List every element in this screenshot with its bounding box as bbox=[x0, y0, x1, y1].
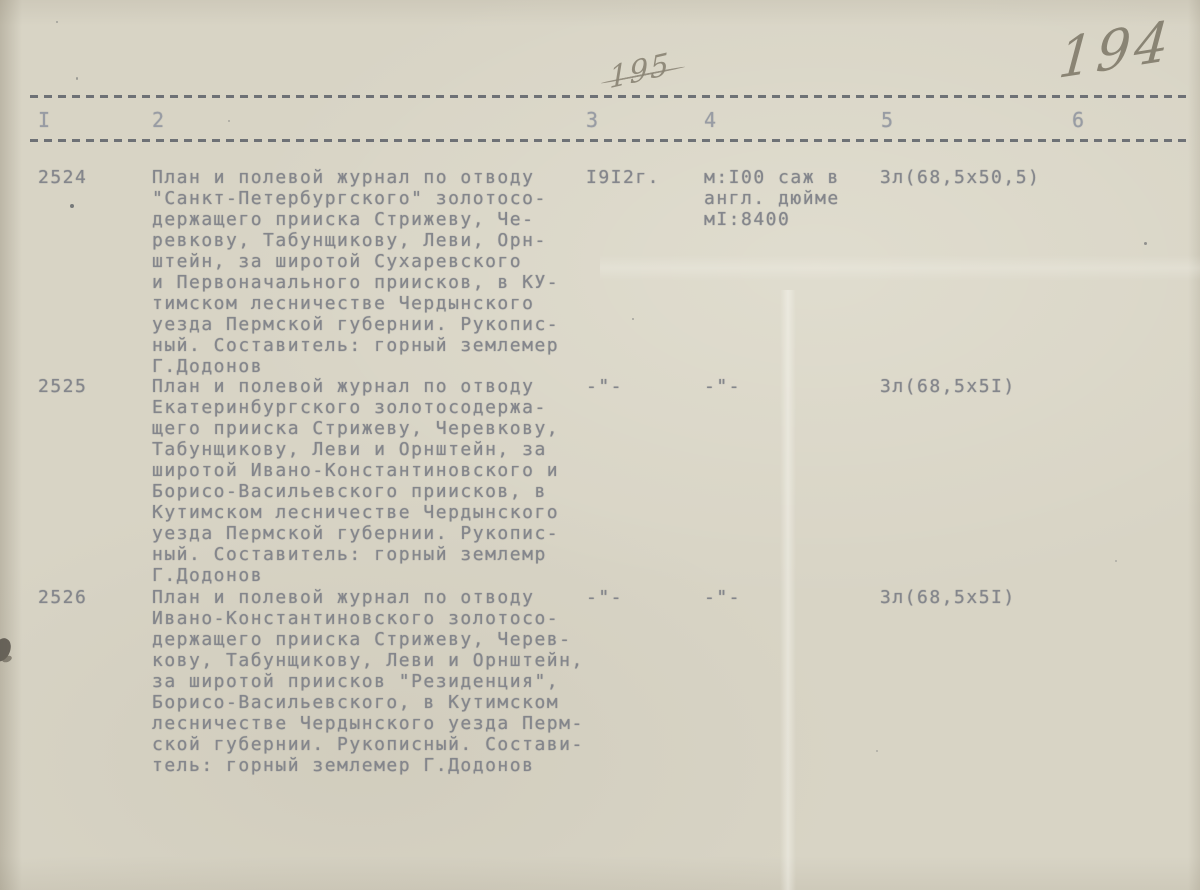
column-header-3: 3 bbox=[586, 108, 599, 132]
paper-speck bbox=[330, 470, 332, 472]
paper-speck bbox=[876, 750, 878, 752]
entry-description: План и полевой журнал по отводу Екатерин… bbox=[152, 376, 592, 586]
paper-speck bbox=[70, 204, 74, 208]
crossed-out-page-number: 195 bbox=[609, 43, 688, 97]
paper-speck bbox=[1115, 560, 1117, 562]
column-header-6: 6 bbox=[1072, 108, 1085, 132]
handwritten-page-number: 194 bbox=[1056, 8, 1180, 91]
entry-date: I9I2г. bbox=[586, 167, 698, 188]
column-header-4: 4 bbox=[704, 108, 717, 132]
dashed-divider-bottom bbox=[30, 139, 1190, 142]
entry-number: 2526 bbox=[38, 587, 148, 608]
entry-date: -"- bbox=[586, 376, 698, 397]
column-header-5: 5 bbox=[881, 108, 894, 132]
entry-extent: 3л(68,5х5I) bbox=[880, 376, 1080, 397]
paper-speck bbox=[56, 21, 58, 23]
entry-extent: 3л(68,5х5I) bbox=[880, 587, 1080, 608]
entry-number: 2524 bbox=[38, 167, 148, 188]
column-header-2: 2 bbox=[152, 108, 165, 132]
paper-speck bbox=[76, 77, 78, 80]
entry-scale: м:I00 саж в англ. дюйме мI:8400 bbox=[704, 167, 884, 230]
scan-light-band bbox=[600, 255, 1200, 281]
dashed-divider-top bbox=[30, 95, 1190, 98]
entry-description: План и полевой журнал по отводу Ивано-Ко… bbox=[152, 587, 592, 776]
entry-description: План и полевой журнал по отводу "Санкт-П… bbox=[152, 167, 592, 377]
scan-crease-streak bbox=[780, 290, 796, 890]
paper-speck bbox=[632, 318, 634, 320]
paper-speck bbox=[1144, 242, 1147, 245]
entry-date: -"- bbox=[586, 587, 698, 608]
column-header-1: I bbox=[38, 108, 51, 132]
entry-extent: 3л(68,5х50,5) bbox=[880, 167, 1080, 188]
paper-speck bbox=[228, 120, 230, 122]
entry-number: 2525 bbox=[38, 376, 148, 397]
document-page: 195 194 I 2 3 4 5 6 2524 План и полевой … bbox=[0, 0, 1200, 890]
